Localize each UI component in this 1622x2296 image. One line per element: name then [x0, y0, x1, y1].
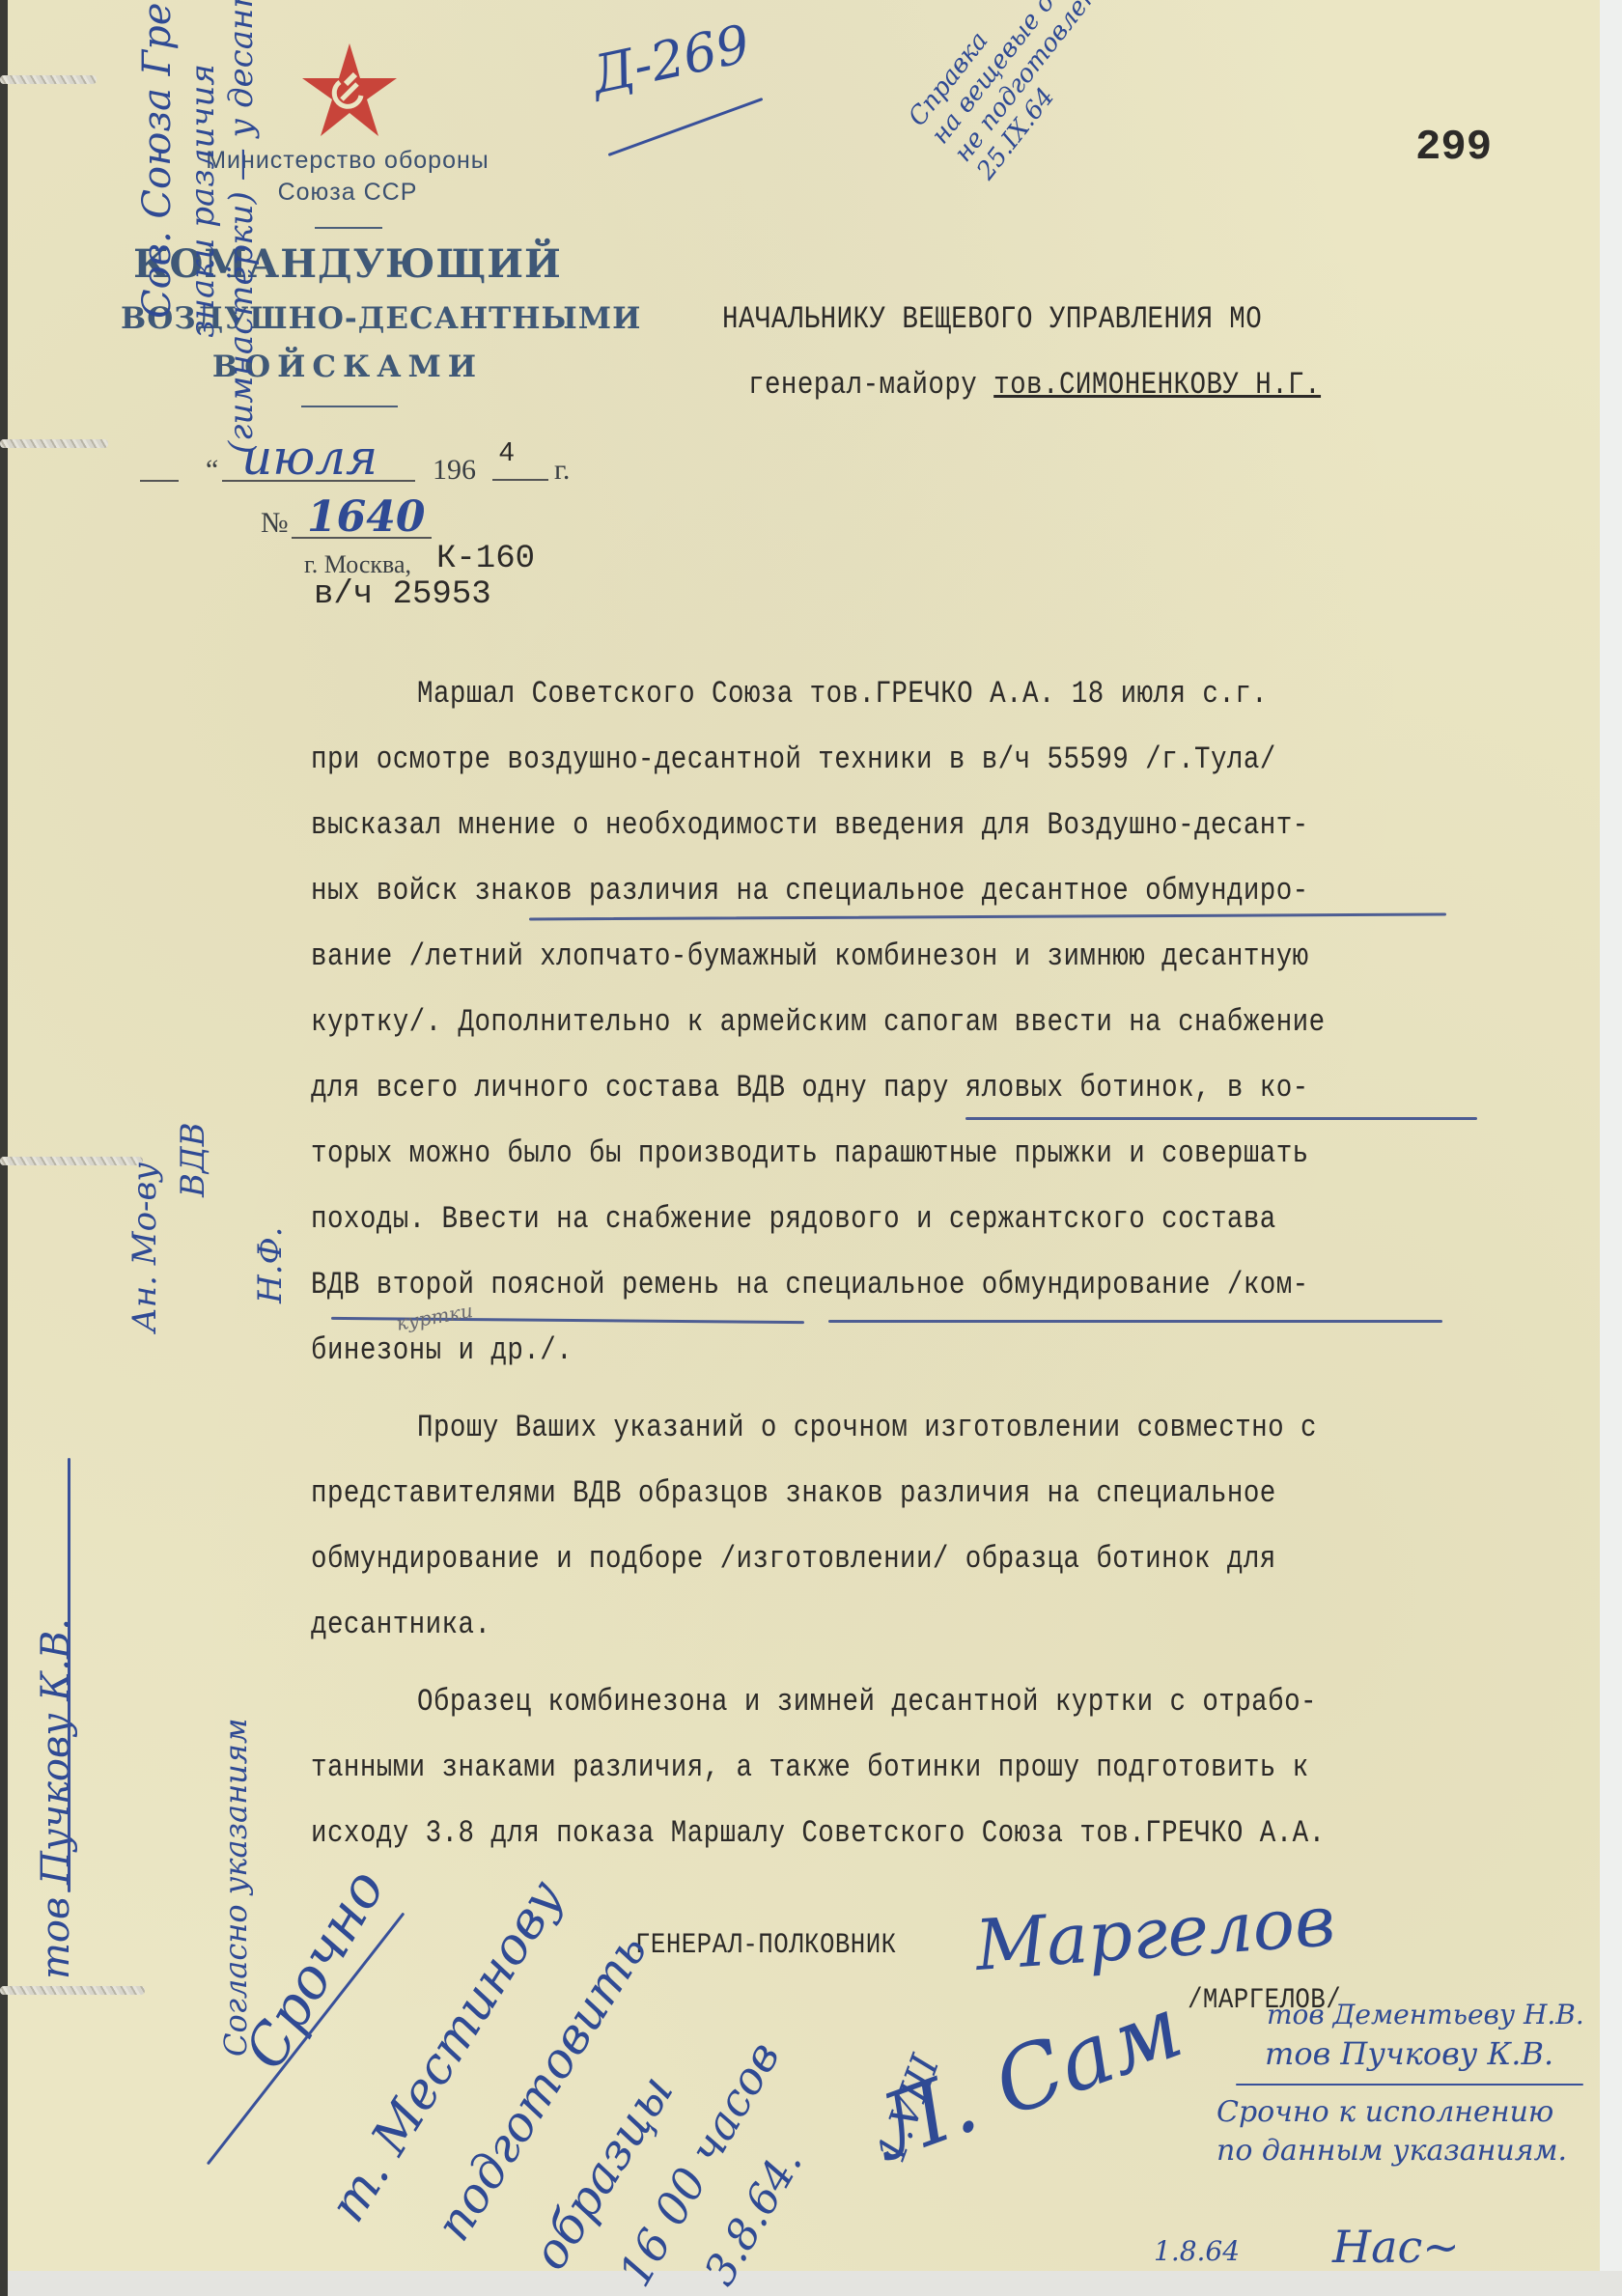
- resolution-initials: Нас~: [1332, 2221, 1460, 2273]
- date-g: г.: [554, 454, 570, 487]
- body-line: представителями ВДВ образцов знаков разл…: [311, 1475, 1276, 1511]
- margin-note-underline: [68, 1458, 70, 1892]
- binding-cord: [0, 75, 97, 84]
- number-handwritten: 1640: [307, 492, 425, 542]
- addressee-rank: генерал-майору: [748, 367, 993, 403]
- resolution-note-center: Срочно т. Местинову подготовить образцы …: [232, 1883, 927, 2288]
- number-label: №: [261, 507, 289, 540]
- body-line: для всего личного состава ВДВ одну пару …: [311, 1070, 1309, 1106]
- military-unit: в/ч 25953: [314, 576, 491, 613]
- body-line: куртку/. Дополнительно к армейским сапог…: [311, 1004, 1326, 1040]
- body-line: Прошу Ваших указаний о срочном изготовле…: [417, 1410, 1317, 1445]
- body-line: танными знаками различия, а также ботинк…: [311, 1750, 1309, 1785]
- body-line: обмундирование и подборе /изготовлении/ …: [311, 1541, 1276, 1577]
- addressee-name: тов.СИМОНЕНКОВУ Н.Г.: [993, 367, 1321, 403]
- body-line: высказал мнение о необходимости введения…: [311, 807, 1309, 843]
- handwritten-underline: [828, 1320, 1442, 1323]
- city-code: К-160: [436, 541, 535, 577]
- addressee-line-1: НАЧАЛЬНИКУ ВЕЩЕВОГО УПРАВЛЕНИЯ МО: [722, 301, 1262, 337]
- resolution-note-right: тов Дементьеву Н.В. тов Пучкову К.В. Сро…: [1207, 1989, 1593, 2279]
- date-year-blank: [492, 479, 548, 481]
- body-line: бинезоны и др./.: [311, 1332, 573, 1368]
- binding-spine: [0, 0, 8, 2296]
- handwritten-underline: [965, 1117, 1477, 1120]
- body-line: Маршал Советского Союза тов.ГРЕЧКО А.А. …: [417, 676, 1268, 712]
- body-line: вание /летний хлопчато-бумажный комбинез…: [311, 938, 1309, 974]
- addressee-line-2: генерал-майору тов.СИМОНЕНКОВУ Н.Г.: [748, 367, 1321, 403]
- red-star-hammer-sickle-icon: [301, 43, 398, 138]
- body-line: Образец комбинезона и зимней десантной к…: [417, 1684, 1317, 1720]
- scan-background: [1600, 0, 1622, 2296]
- body-line: при осмотре воздушно-десантной техники в…: [311, 742, 1276, 777]
- page-number: 299: [1415, 124, 1492, 172]
- resolution-divider: [1236, 2084, 1583, 2086]
- divider: [301, 406, 398, 407]
- body-line: исходу 3.8 для показа Маршалу Советского…: [311, 1815, 1326, 1851]
- date-month-handwritten: июля: [241, 430, 378, 486]
- body-line: походы. Ввести на снабжение рядового и с…: [311, 1201, 1276, 1237]
- date-year-prefix: 196: [433, 454, 476, 487]
- body-line: ВДВ второй поясной ремень на специальное…: [311, 1267, 1309, 1302]
- body-line: ных войск знаков различия на специальное…: [311, 873, 1309, 909]
- city: г. Москва,: [304, 550, 411, 579]
- date-year-suffix: 4: [499, 436, 515, 467]
- margin-note-bottom: тов Пучкову К.В. Согласно указаниям: [24, 1477, 275, 2114]
- body-line: торых можно было бы производить парашютн…: [311, 1135, 1309, 1171]
- divider: [315, 227, 382, 229]
- body-line: десантника.: [311, 1607, 490, 1642]
